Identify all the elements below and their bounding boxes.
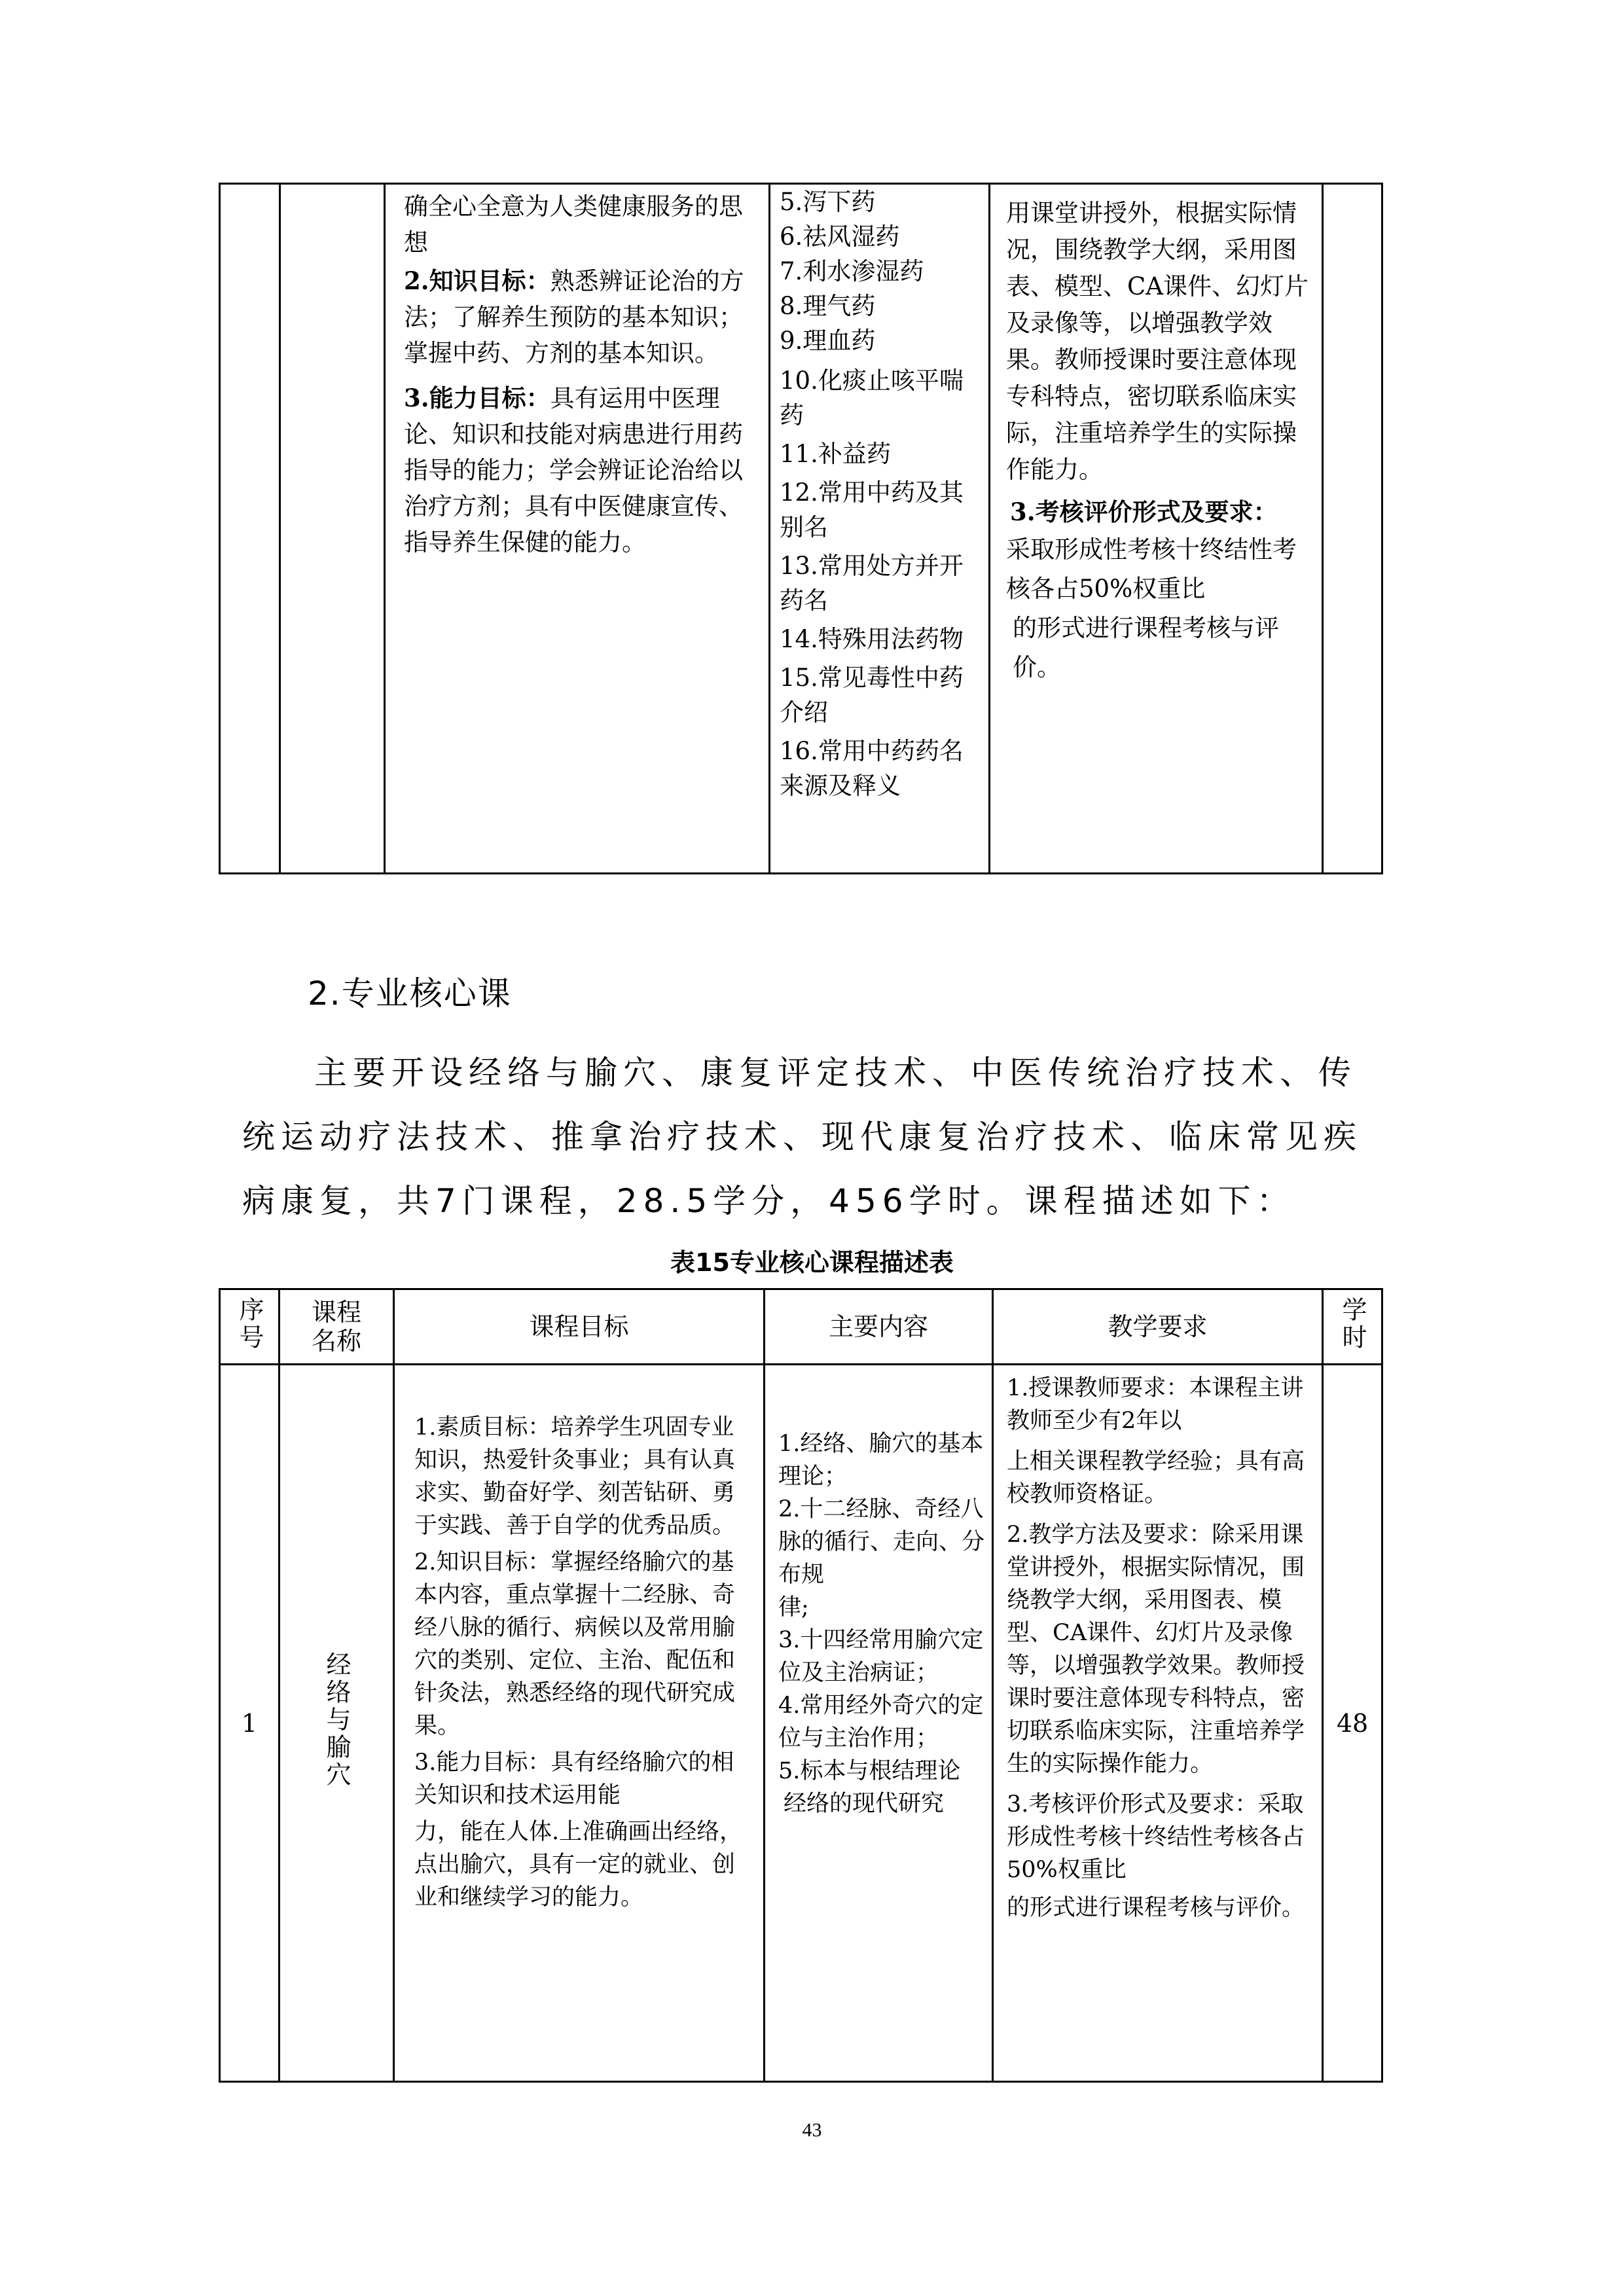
row-hours-value: 48 [1337,1709,1368,1738]
content-item: 律; [778,1591,985,1624]
core-course-table: 序号 课程名称 课程目标 主要内容 教学要求 学时 1 经络与腧穴 1.素质目标… [219,1288,1383,2083]
continued-course-table: 确全心全意为人类健康服务的思想 2.知识目标：熟悉辨证论治的方法；了解养生预防的… [219,183,1383,874]
content-item: 8.理气药 [780,289,982,323]
requirement-assessment: 3.考核评价形式及要求：采取形成性考核十终结性考核各占50%权重比 [1007,1788,1315,1886]
row-hours: 48 [1323,1365,1382,2082]
objective-ability: 3.能力目标：具有运用中医理论、知识和技能对病患进行用药指导的能力；学会辨证论治… [404,380,762,560]
content-item: 1.经络、腧穴的基本理论； [778,1427,985,1493]
hours-cell-empty [1323,184,1382,874]
header-content: 主要内容 [765,1289,993,1365]
assessment-text: 采取形成性考核十终结性考核各占50%权重比 [1006,530,1315,609]
objective-knowledge-label: 2.知识目标： [404,266,550,295]
content-cell: 5.泻下药 6.祛风湿药 7.利水渗湿药 8.理气药 9.理血药 10.化痰止咳… [770,184,990,874]
content-item: 4.常用经外奇穴的定位与主治作用； [778,1689,985,1755]
requirements-cell: 用课堂讲授外，根据实际情况，围绕教学大纲，采用图表、模型、CA课件、幻灯片及录像… [990,184,1323,874]
content-item: 3.十四经常用腧穴定位及主治病证； [778,1624,985,1689]
objectives-cell: 确全心全意为人类健康服务的思想 2.知识目标：熟悉辨证论治的方法；了解养生预防的… [385,184,770,874]
content-item: 16.常用中药药名来源及释义 [780,734,982,803]
content-item: 2.十二经脉、奇经八脉的循行、走向、分布规 [778,1493,985,1591]
requirement-assessment-cont: 的形式进行课程考核与评价。 [1007,1892,1315,1924]
assessment-heading: 3.考核评价形式及要求： [1006,493,1315,530]
table-caption: 表15专业核心课程描述表 [0,1242,1624,1278]
content-item: 6.祛风湿药 [780,219,982,254]
content-item: 10.化痰止咳平喘药 [780,363,982,433]
header-course-name-label: 课程名称 [312,1298,361,1355]
content-item: 5.泻下药 [780,185,982,219]
header-requirements: 教学要求 [993,1289,1323,1365]
section-paragraph: 主要开设经络与腧穴、康复评定技术、中医传统治疗技术、传统运动疗法技术、推拿治疗技… [242,1041,1381,1233]
content-item: 14.特殊用法药物 [780,622,982,656]
assessment-text-2: 的形式进行课程考核与评价。 [1006,609,1315,687]
content-item: 11.补益药 [780,437,982,471]
section-heading: 2.专业核心课 [308,967,512,1014]
requirement-teacher: 1.授课教师要求：本课程主讲教师至少有2年以 [1007,1372,1315,1437]
content-item: 9.理血药 [780,323,982,358]
row-course-name-value: 经络与腧穴 [322,1651,351,1789]
page-number: 43 [0,2119,1624,2142]
course-name-cell-empty [280,184,385,874]
row-seq: 1 [220,1365,280,2082]
seq-cell-empty [220,184,280,874]
header-hours: 学时 [1323,1289,1382,1365]
content-item: 15.常见毒性中药介绍 [780,660,982,730]
table-row: 1 经络与腧穴 1.素质目标：培养学生巩固专业知识，热爱针灸事业；具有认真求实、… [220,1365,1382,2082]
header-hours-label: 学时 [1338,1297,1367,1352]
requirements-text: 用课堂讲授外，根据实际情况，围绕教学大纲，采用图表、模型、CA课件、幻灯片及录像… [1006,195,1315,488]
row-requirements: 1.授课教师要求：本课程主讲教师至少有2年以 上相关课程教学经验；具有高校教师资… [993,1365,1323,2082]
header-seq: 序号 [220,1289,280,1365]
objective-knowledge: 2.知识目标：熟悉辨证论治的方法；了解养生预防的基本知识；掌握中药、方剂的基本知… [404,263,762,371]
objective-ability-cont: 力，能在人体.上准确画出经络，点出腧穴，具有一定的就业、创业和继续学习的能力。 [414,1816,753,1914]
row-content: 1.经络、腧穴的基本理论； 2.十二经脉、奇经八脉的循行、走向、分布规 律; 3… [765,1365,993,2082]
objective-line: 确全心全意为人类健康服务的思想 [404,188,762,260]
header-seq-label: 序号 [235,1297,264,1352]
header-objectives: 课程目标 [394,1289,765,1365]
row-course-name: 经络与腧穴 [280,1365,394,2082]
row-seq-value: 1 [242,1709,257,1738]
objective-knowledge: 2.知识目标：掌握经络腧穴的基本内容，重点掌握十二经脉、奇经八脉的循行、病候以及… [414,1546,753,1742]
objective-ability-label: 3.能力目标： [404,384,550,412]
requirement-teacher-cont: 上相关课程教学经验；具有高校教师资格证。 [1007,1445,1315,1511]
row-objectives: 1.素质目标：培养学生巩固专业知识，热爱针灸事业；具有认真求实、勤奋好学、刻苦钻… [394,1365,765,2082]
objective-quality: 1.素质目标：培养学生巩固专业知识，热爱针灸事业；具有认真求实、勤奋好学、刻苦钻… [414,1411,753,1542]
table-header-row: 序号 课程名称 课程目标 主要内容 教学要求 学时 [220,1289,1382,1365]
content-item: 7.利水渗湿药 [780,254,982,289]
content-item: 13.常用处方并开药名 [780,548,982,618]
content-item: 5.标本与根结理论 [778,1755,985,1787]
objective-ability: 3.能力目标：具有经络腧穴的相关知识和技术运用能 [414,1746,753,1812]
content-item: 经络的现代研究 [778,1787,985,1820]
requirement-method: 2.教学方法及要求：除采用课堂讲授外，根据实际情况，围绕教学大纲，采用图表、模型… [1007,1518,1315,1780]
header-course-name: 课程名称 [280,1289,394,1365]
content-item: 12.常用中药及其别名 [780,475,982,545]
